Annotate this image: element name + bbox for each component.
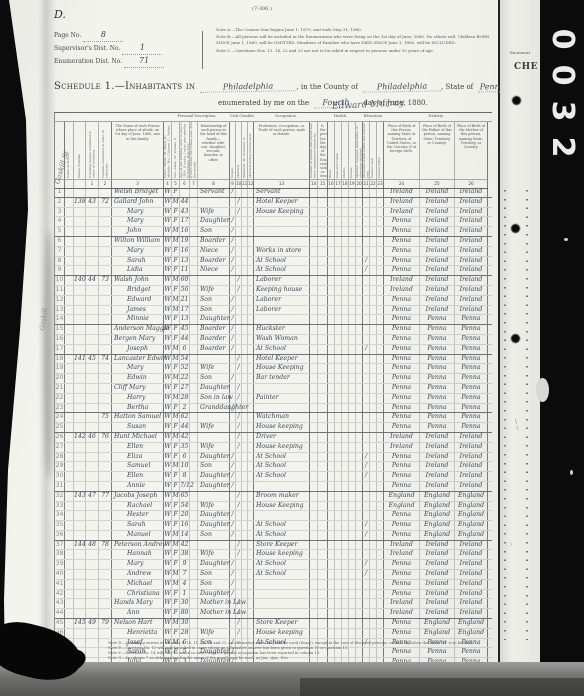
cell-relationship: Mother in Law (198, 609, 230, 618)
cell-cannot-write (377, 296, 384, 305)
cell-age: 54 (180, 502, 190, 511)
cell-birth-month (190, 355, 198, 364)
cell-name: Manuel (112, 531, 164, 540)
cell-sex: F (172, 511, 180, 520)
cell-relationship: Boarder (198, 335, 230, 344)
cell-insane (349, 453, 356, 462)
cell-cannot-read (370, 502, 377, 511)
cell-color: W (164, 639, 172, 648)
film-strip: 0032 (540, 0, 584, 696)
cell-family-no (99, 315, 112, 324)
cell-maimed (356, 384, 363, 393)
cell-insane (349, 325, 356, 334)
cell-months-unemployed (310, 599, 318, 608)
cell-deaf (335, 306, 342, 315)
cell-birth-month (190, 325, 198, 334)
cell-deaf (335, 384, 342, 393)
cell-birth-month (190, 550, 198, 559)
cell-name: Bergen Mary (112, 335, 164, 344)
cell-name: John (112, 227, 164, 236)
cell-street (65, 266, 74, 275)
cell-color: W (164, 433, 172, 442)
cell-relationship: Boarder (198, 257, 230, 266)
cell-family-no: 74 (99, 355, 112, 364)
cell-birthplace: Ireland (384, 286, 420, 295)
cell-age: 44 (180, 198, 190, 207)
cell-dwelling-no (86, 609, 99, 618)
cell-insane (349, 560, 356, 569)
cell-street (65, 413, 74, 422)
cell-house-no (74, 462, 86, 471)
cell-birthplace: England (384, 492, 420, 501)
cell-mother-birthplace: Ireland (455, 257, 488, 266)
cell-color: W (164, 443, 172, 452)
cell-birth-month (190, 629, 198, 638)
cell-father-birthplace: Ireland (420, 237, 455, 246)
cell-months-unemployed (310, 550, 318, 559)
cell-sex: F (172, 208, 180, 217)
census-row: 12EdwardWM21Son/LaborerPennaIrelandIrela… (55, 296, 492, 306)
cell-insane (349, 276, 356, 285)
cell-age: 42 (180, 541, 190, 550)
cell-line-no: 9 (55, 266, 65, 275)
cell-relationship: Niece (198, 266, 230, 275)
census-row: 261424676Hunt MichaelWM42/DriverIrelandI… (55, 433, 492, 443)
cell-sickness (318, 580, 328, 589)
cell-sex: M (172, 541, 180, 550)
cell-father-birthplace: Penna (420, 345, 455, 354)
cell-months-unemployed (310, 639, 318, 648)
scan-smudge (44, 230, 54, 480)
census-row: 28ElizaWF6Daughter/At School/PennaIrelan… (55, 453, 492, 463)
cell-cannot-write (377, 325, 384, 334)
cell-occupation: Bar tender (254, 374, 310, 383)
cell-birthplace: Ireland (384, 433, 420, 442)
cell-insane (349, 609, 356, 618)
census-row: 6Wilton WilliamWM19Boarder/PennaIrelandI… (55, 237, 492, 247)
cell-deaf (335, 629, 342, 638)
cell-name: Ellen (112, 472, 164, 481)
cell-cannot-write (377, 599, 384, 608)
cell-sex: F (172, 217, 180, 226)
cell-birthplace: Penna (384, 511, 420, 520)
cell-deaf (335, 198, 342, 207)
cell-occupation (254, 511, 310, 520)
cell-occupation: Laborer (254, 306, 310, 315)
cell-house-no (74, 404, 86, 413)
cell-name: Rachael (112, 502, 164, 511)
census-row: 14MinnieWF13Daughter/PennaPennaPenna (55, 315, 492, 325)
cell-cannot-read (370, 580, 377, 589)
cell-family-no (99, 247, 112, 256)
cell-sex: F (172, 404, 180, 413)
cell-line-no: 40 (55, 570, 65, 579)
cell-street (65, 247, 74, 256)
cell-sex: F (172, 453, 180, 462)
cell-mother-birthplace: Penna (455, 364, 488, 373)
note-a: Note A.—The Census Year begins June 1, 1… (216, 27, 494, 33)
cell-house-no (74, 550, 86, 559)
cell-deaf (335, 325, 342, 334)
cell-birth-month (190, 237, 198, 246)
cell-idiotic (342, 453, 349, 462)
cell-maimed (356, 521, 363, 530)
cell-blind (328, 609, 335, 618)
cell-mother-birthplace: England (455, 521, 488, 530)
cell-blind (328, 188, 335, 197)
cell-sickness (318, 609, 328, 618)
cell-birth-month (190, 286, 198, 295)
cell-father-birthplace: Ireland (420, 599, 455, 608)
page-number-value: 8 (83, 29, 123, 42)
cell-idiotic (342, 511, 349, 520)
column-header-sex: Sex—Male, M.; Female, F. (172, 122, 180, 180)
cell-sickness (318, 590, 328, 599)
cell-deaf (335, 315, 342, 324)
cell-deaf (335, 227, 342, 236)
cell-school (363, 296, 370, 305)
cell-dwelling-no (86, 639, 99, 648)
cell-maimed (356, 237, 363, 246)
cell-family-no (99, 364, 112, 373)
cell-maimed (356, 639, 363, 648)
cell-cannot-write (377, 560, 384, 569)
cell-family-no (99, 590, 112, 599)
cell-idiotic (342, 472, 349, 481)
cell-color: W (164, 208, 172, 217)
cell-street (65, 325, 74, 334)
cell-occupation: Servant (254, 188, 310, 197)
cell-name: Cliff Mary (112, 384, 164, 393)
census-row: 46HenriettaWF28Wife/House keepingPennaEn… (55, 629, 492, 639)
cell-occupation (254, 227, 310, 236)
cell-months-unemployed (310, 492, 318, 501)
cell-name: Harry (112, 394, 164, 403)
cell-name: Christiana (112, 590, 164, 599)
cell-mother-birthplace: Penna (455, 374, 488, 383)
cell-color: W (164, 511, 172, 520)
cell-relationship: Son (198, 227, 230, 236)
cell-birthplace: Ireland (384, 443, 420, 452)
form-number: (7-306.) (252, 6, 272, 12)
cell-father-birthplace: Penna (420, 639, 455, 648)
cell-deaf (335, 394, 342, 403)
cell-family-no (99, 531, 112, 540)
cell-sickness (318, 404, 328, 413)
cell-sickness (318, 384, 328, 393)
cell-deaf (335, 217, 342, 226)
cell-blind (328, 560, 335, 569)
cell-sex: F (172, 521, 180, 530)
cell-line-no: 32 (55, 492, 65, 501)
cell-deaf (335, 266, 342, 275)
cell-maimed (356, 609, 363, 618)
cell-occupation (254, 384, 310, 393)
cell-family-no (99, 394, 112, 403)
info-brace-rule (202, 31, 203, 69)
census-row: 1Welsh BridgetWFServant/ServantIrelandIr… (55, 188, 492, 198)
cell-age: 11 (180, 266, 190, 275)
cell-cannot-read (370, 247, 377, 256)
cell-blind (328, 257, 335, 266)
cell-house-no (74, 306, 86, 315)
cell-house-no (74, 531, 86, 540)
cell-house-no (74, 227, 86, 236)
cell-maimed (356, 492, 363, 501)
cell-birth-month (190, 198, 198, 207)
cell-mother-birthplace: Penna (455, 325, 488, 334)
cell-birth-month (190, 531, 198, 540)
column-header-birthplace: Place of Birth of this Person, naming St… (384, 122, 420, 180)
column-header-father-birthplace: Place of Birth of the Father of this per… (420, 122, 455, 180)
cell-family-no (99, 286, 112, 295)
cell-age: 9 (180, 560, 190, 569)
cell-cannot-write (377, 639, 384, 648)
cell-relationship: Daughter (198, 560, 230, 569)
cell-house-no (74, 217, 86, 226)
cell-line-no: 5 (55, 227, 65, 236)
cell-line-no: 24 (55, 413, 65, 422)
supervisor-district-label: Supervisor's Dist. No. (54, 43, 120, 55)
cell-cannot-write (377, 374, 384, 383)
cell-color: W (164, 345, 172, 354)
cell-house-no (74, 413, 86, 422)
cell-sickness (318, 629, 328, 638)
cell-family-no (99, 580, 112, 589)
cell-birthplace: Penna (384, 315, 420, 324)
cell-birthplace: Penna (384, 394, 420, 403)
cell-birth-month (190, 443, 198, 452)
cell-maimed (356, 629, 363, 638)
cell-cannot-read (370, 394, 377, 403)
cell-line-no: 22 (55, 394, 65, 403)
cell-father-birthplace: Penna (420, 404, 455, 413)
cell-name: Ann (112, 609, 164, 618)
page-number-row: Page No. 8 (54, 29, 204, 42)
cell-insane (349, 502, 356, 511)
cell-age: 1 (180, 590, 190, 599)
cell-dwelling-no (86, 599, 99, 608)
census-row: 20EdwinWM22Son/Bar tenderPennaPennaPenna (55, 374, 492, 384)
cell-father-birthplace: Penna (420, 364, 455, 373)
cell-father-birthplace: Ireland (420, 609, 455, 618)
cell-cannot-write (377, 521, 384, 530)
cell-blind (328, 521, 335, 530)
cell-school (363, 355, 370, 364)
cell-idiotic (342, 188, 349, 197)
cell-occupation: At School (254, 472, 310, 481)
cell-family-no (99, 462, 112, 471)
cell-months-unemployed (310, 541, 318, 550)
cell-occupation: House keeping (254, 629, 310, 638)
cell-birthplace: Penna (384, 257, 420, 266)
cell-birthplace: Penna (384, 296, 420, 305)
cell-occupation: Watchman (254, 413, 310, 422)
cell-birth-month (190, 648, 198, 657)
cell-sickness (318, 639, 328, 648)
cell-sickness (318, 560, 328, 569)
cell-insane (349, 590, 356, 599)
cell-birthplace: Penna (384, 384, 420, 393)
cell-relationship: Daughter (198, 453, 230, 462)
cell-birth-month (190, 560, 198, 569)
cell-blind (328, 550, 335, 559)
cell-maimed (356, 306, 363, 315)
cell-idiotic (342, 237, 349, 246)
cell-birth-month (190, 639, 198, 648)
cell-street (65, 433, 74, 442)
cell-father-birthplace: Ireland (420, 443, 455, 452)
cell-dwelling-no (86, 453, 99, 462)
cell-cannot-write (377, 472, 384, 481)
cell-deaf (335, 433, 342, 442)
cell-mother-birthplace: Ireland (455, 560, 488, 569)
cell-street (65, 453, 74, 462)
cell-maimed (356, 531, 363, 540)
cell-relationship: Boarder (198, 325, 230, 334)
cell-father-birthplace: Ireland (420, 433, 455, 442)
cell-idiotic (342, 217, 349, 226)
cell-name: Peterson Andrew (112, 541, 164, 550)
cell-father-birthplace: Ireland (420, 590, 455, 599)
cell-maimed (356, 570, 363, 579)
enumeration-district-label: Enumeration Dist. No. (54, 56, 122, 68)
cell-cannot-write (377, 541, 384, 550)
cell-house-no (74, 394, 86, 403)
cell-family-no (99, 296, 112, 305)
cell-occupation: Keeping house (254, 286, 310, 295)
cell-sex: M (172, 237, 180, 246)
cell-blind (328, 648, 335, 657)
cell-mother-birthplace: Penna (455, 345, 488, 354)
cell-insane (349, 237, 356, 246)
column-header-school: Attended school within the Census year. (363, 122, 370, 180)
cell-birth-month (190, 315, 198, 324)
cell-sex: F (172, 384, 180, 393)
cell-age: 17 (180, 306, 190, 315)
cell-color: W (164, 423, 172, 432)
cell-months-unemployed (310, 306, 318, 315)
cell-deaf (335, 286, 342, 295)
cell-father-birthplace: Ireland (420, 198, 455, 207)
cell-cannot-write (377, 315, 384, 324)
cell-father-birthplace: Ireland (420, 306, 455, 315)
cell-family-no (99, 570, 112, 579)
cell-relationship: Son (198, 374, 230, 383)
cell-cannot-write (377, 266, 384, 275)
cell-occupation: Broom maker (254, 492, 310, 501)
film-roll-digit: 0 (545, 57, 579, 93)
cell-sickness (318, 345, 328, 354)
cell-street (65, 629, 74, 638)
cell-insane (349, 394, 356, 403)
cell-age: 52 (180, 364, 190, 373)
cell-cannot-read (370, 266, 377, 275)
cell-sex: F (172, 315, 180, 324)
cell-cannot-write (377, 306, 384, 315)
cell-months-unemployed (310, 619, 318, 628)
cell-maimed (356, 394, 363, 403)
cell-cannot-read (370, 472, 377, 481)
cell-name: Edwin (112, 374, 164, 383)
cell-dwelling-no (86, 462, 99, 471)
cell-house-no (74, 296, 86, 305)
cell-dwelling-no (86, 394, 99, 403)
cell-birthplace: Penna (384, 413, 420, 422)
census-row: 38HannahWF38Wife/House keepingIrelandIre… (55, 550, 492, 560)
cell-blind (328, 443, 335, 452)
cell-insane (349, 227, 356, 236)
cell-house-no (74, 521, 86, 530)
cell-blind (328, 345, 335, 354)
cell-line-no: 6 (55, 237, 65, 246)
cell-idiotic (342, 560, 349, 569)
cell-color: W (164, 629, 172, 638)
cell-blind (328, 384, 335, 393)
cell-school (363, 188, 370, 197)
film-fleck (564, 238, 568, 241)
cell-father-birthplace: England (420, 511, 455, 520)
cell-street (65, 609, 74, 618)
cell-birth-month (190, 306, 198, 315)
column-header-birth-month: If born within the Census year, give the… (190, 122, 198, 180)
cell-father-birthplace: Ireland (420, 482, 455, 491)
cell-mother-birthplace: Ireland (455, 296, 488, 305)
cell-idiotic (342, 443, 349, 452)
cell-line-no: 42 (55, 590, 65, 599)
cell-blind (328, 394, 335, 403)
cell-birth-month (190, 404, 198, 413)
cell-color: W (164, 599, 172, 608)
cell-dwelling-no (86, 482, 99, 491)
cell-sex: F (172, 482, 180, 491)
cell-deaf (335, 619, 342, 628)
cell-mother-birthplace: Ireland (455, 227, 488, 236)
cell-school (363, 364, 370, 373)
cell-family-no (99, 384, 112, 393)
column-header-cannot-write: Cannot write. (377, 122, 384, 180)
cell-relationship: Son (198, 306, 230, 315)
cell-idiotic (342, 345, 349, 354)
cell-dwelling-no (86, 511, 99, 520)
cell-idiotic (342, 502, 349, 511)
cell-mother-birthplace: Ireland (455, 266, 488, 275)
cell-color: W (164, 306, 172, 315)
cell-mother-birthplace: Ireland (455, 237, 488, 246)
cell-idiotic (342, 296, 349, 305)
cell-insane (349, 580, 356, 589)
cell-sex: F (172, 590, 180, 599)
cell-birthplace: Penna (384, 590, 420, 599)
cell-idiotic (342, 276, 349, 285)
scanned-census-page: D. (7-306.) Page No. 8 Supervisor's Dist… (0, 0, 584, 696)
cell-mother-birthplace: Penna (455, 355, 488, 364)
cell-idiotic (342, 599, 349, 608)
cell-cannot-read (370, 492, 377, 501)
cell-street (65, 599, 74, 608)
column-header-deaf: Deaf and Dumb. (335, 122, 342, 180)
cell-dwelling-no (86, 315, 99, 324)
cell-line-no: 10 (55, 276, 65, 285)
cell-line-no: 13 (55, 306, 65, 315)
cell-school (363, 217, 370, 226)
cell-street (65, 472, 74, 481)
cell-months-unemployed (310, 374, 318, 383)
cell-occupation: Painter (254, 394, 310, 403)
cell-house-no (74, 599, 86, 608)
census-row: 181414574Lancaster EdwinWM54/Hotel Keepe… (55, 355, 492, 365)
cell-blind (328, 247, 335, 256)
